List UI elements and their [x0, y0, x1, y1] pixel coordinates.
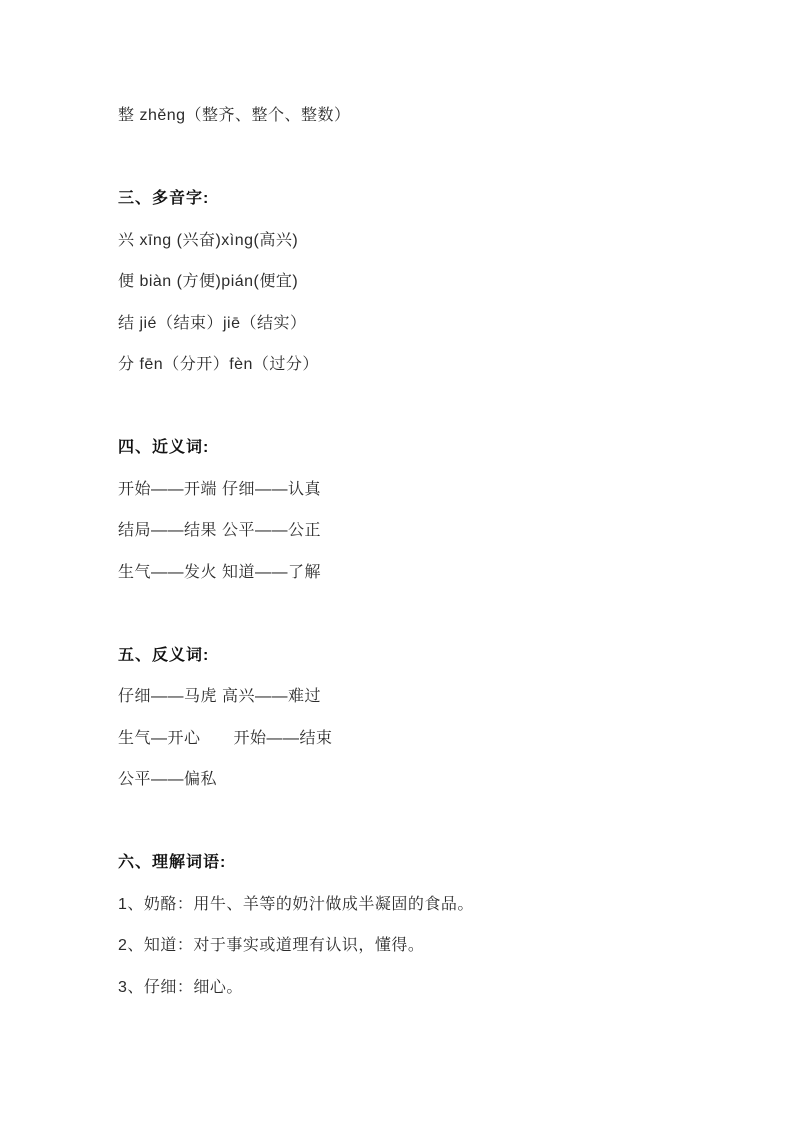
definition-line: 2、知道：对于事实或道理有认识，懂得。	[118, 925, 713, 967]
section-heading-polyphonic: 三、多音字:	[118, 178, 713, 220]
definition-line: 3、仔细：细心。	[118, 967, 713, 1009]
section-synonyms: 四、近义词: 开始——开端 仔细——认真 结局——结果 公平——公正 生气——发…	[118, 427, 713, 593]
document-page: 整 zhěng（整齐、整个、整数） 三、多音字: 兴 xīng (兴奋)xìng…	[0, 0, 793, 1122]
synonym-pair-line: 生气——发火 知道——了解	[118, 552, 713, 594]
antonym-pair-line: 公平——偏私	[118, 759, 713, 801]
section-polyphonic-characters: 三、多音字: 兴 xīng (兴奋)xìng(高兴) 便 biàn (方便)pi…	[118, 178, 713, 386]
polyphone-line: 结 jié（结束）jiē（结实）	[118, 303, 713, 345]
section-antonyms: 五、反义词: 仔细——马虎 高兴——难过 生气—开心 开始——结束 公平——偏私	[118, 635, 713, 801]
polyphone-line: 兴 xīng (兴奋)xìng(高兴)	[118, 220, 713, 262]
polyphone-line: 分 fēn（分开）fèn（过分）	[118, 344, 713, 386]
definition-line: 1、奶酪：用牛、羊等的奶汁做成半凝固的食品。	[118, 884, 713, 926]
word-entry-line: 整 zhěng（整齐、整个、整数）	[118, 95, 713, 137]
synonym-pair-line: 开始——开端 仔细——认真	[118, 469, 713, 511]
polyphone-line: 便 biàn (方便)pián(便宜)	[118, 261, 713, 303]
section-word-comprehension: 六、理解词语: 1、奶酪：用牛、羊等的奶汁做成半凝固的食品。 2、知道：对于事实…	[118, 842, 713, 1008]
synonym-pair-line: 结局——结果 公平——公正	[118, 510, 713, 552]
document-content: 整 zhěng（整齐、整个、整数） 三、多音字: 兴 xīng (兴奋)xìng…	[0, 0, 793, 1008]
antonym-pair-line: 仔细——马虎 高兴——难过	[118, 676, 713, 718]
section-heading-synonyms: 四、近义词:	[118, 427, 713, 469]
antonym-pair-line: 生气—开心 开始——结束	[118, 718, 713, 760]
section-heading-antonyms: 五、反义词:	[118, 635, 713, 677]
section-heading-word-comprehension: 六、理解词语:	[118, 842, 713, 884]
